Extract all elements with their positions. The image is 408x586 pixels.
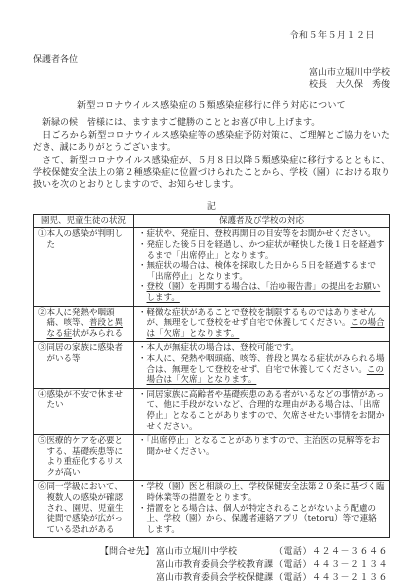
contact-phone: （電話）４４３－２１３４	[274, 559, 388, 572]
situation-cell: ⑥同一学級において、複数人の感染が確認され、園児、児童生徒間で感染が広がっている…	[34, 481, 134, 538]
situation-text: ③同居の家族に感染者がいる等	[38, 343, 129, 364]
bullet-item: ・軽微な症状があることで登校を制限するものではありませんが、無理をして登校をせず…	[138, 308, 385, 340]
contact-org: 富山市立堀川中学校	[156, 546, 274, 559]
contact-list: 富山市立堀川中学校 （電話）４２４－３６４６ 富山市教育委員会学校教育課 （電話…	[156, 546, 388, 585]
situation-text: ⑥同一学級において、複数人の感染が確認され、園児、児童生徒間で感染が広がっている…	[38, 482, 129, 535]
situation-text: ⑤医療的ケアを必要とする、基礎疾患等により重症化するリスクが高い	[38, 436, 129, 478]
table-header-row: 園児、児童生徒の状況 保護者及び学校の対応	[34, 214, 390, 228]
bullet-dot: ・	[138, 390, 147, 400]
contact-phone: （電話）４４３－２１３６	[274, 572, 388, 585]
bullet-dot: ・	[138, 436, 147, 446]
bullet-dot: ・	[138, 261, 147, 271]
sender-school: 富山市立堀川中学校	[33, 68, 390, 80]
response-cell: ・本人が無症状の場合は、登校可能です。 ・本人に、発熱や咽頭痛、咳等、普段と異な…	[134, 342, 390, 388]
table-row-2: ②本人に発熱や咽頭痛、咳等、普段と異なる症状がみられる ・軽微な症状があることで…	[34, 306, 390, 342]
underlined-text: 登校（園）を再開する場合は、「治ゆ報告書」の提出をお願いします。	[147, 282, 381, 303]
response-cell: ・症状や、発症日、登校再開日の目安等をお聞かせください。 ・発症した後５日を経過…	[134, 228, 390, 306]
bullet-item: ・無症状の場合は、検体を採取した日から５日を経過するまで「出席停止」となります。	[138, 261, 385, 282]
record-mark: 記	[33, 199, 390, 212]
bullet-item: ・同居家族に高齢者や基礎疾患のある者がいるなどの事情があって、他に手段がないなど…	[138, 390, 385, 432]
document-page: 令和５年５月１２日 保護者各位 富山市立堀川中学校 校長 大久保 秀俊 新型コロ…	[0, 0, 408, 586]
table-row-4: ④感染が不安で休ませたい ・同居家族に高齢者や基礎疾患のある者がいるなどの事情が…	[34, 388, 390, 434]
bullet-item: ・発症した後５日を経過し、かつ症状が軽快した後１日を経過するまで「出席停止」とな…	[138, 240, 385, 261]
situation-cell: ④感染が不安で休ませたい	[34, 388, 134, 434]
bullet-dot: ・	[138, 482, 147, 492]
contact-section: 【問合せ先】 富山市立堀川中学校 （電話）４２４－３６４６ 富山市教育委員会学校…	[100, 546, 390, 585]
bullet-item: ・「出席停止」となることがありますので、主治医の見解等をお聞かせください。	[138, 436, 385, 457]
table-row-5: ⑤医療的ケアを必要とする、基礎疾患等により重症化するリスクが高い ・「出席停止」…	[34, 435, 390, 481]
paragraph-thanks: 日ごろから新型コロナウイルス感染症等の感染症予防対策に、ご理解とご協力をいただき…	[33, 130, 390, 155]
header-response: 保護者及び学校の対応	[134, 214, 390, 228]
bullet-item: ・登校（園）を再開する場合は、「治ゆ報告書」の提出をお願いします。	[138, 282, 385, 303]
situation-text: ④感染が不安で休ませたい	[38, 390, 129, 411]
table-row-1: ①本人の感染が判明した ・症状や、発症日、登校再開日の目安等をお聞かせください。…	[34, 228, 390, 306]
situation-cell: ⑤医療的ケアを必要とする、基礎疾患等により重症化するリスクが高い	[34, 435, 134, 481]
bullet-item: ・本人に、発熱や咽頭痛、咳等、普段と異なる症状がみられる場合は、無理をして登校を…	[138, 354, 385, 386]
situation-cell: ①本人の感染が判明した	[34, 228, 134, 306]
paragraph-announcement: さて、新型コロナウイルス感染症が、５月８日以降５類感染症に移行するとともに、学校…	[33, 155, 390, 192]
situation-text: ②本人に発熱や咽頭痛、咳等、普段と異なる症状がみられる	[38, 308, 129, 340]
header-situation: 園児、児童生徒の状況	[34, 214, 134, 228]
table-row-3: ③同居の家族に感染者がいる等 ・本人が無症状の場合は、登校可能です。 ・本人に、…	[34, 342, 390, 388]
bullet-dot: ・	[138, 504, 147, 514]
contact-row: 富山市教育委員会学校保健課 （電話）４４３－２１３６	[156, 572, 388, 585]
bullet-dot: ・	[138, 343, 147, 353]
bullet-item: ・本人が無症状の場合は、登校可能です。	[138, 343, 385, 354]
contact-org: 富山市教育委員会学校教育課	[156, 559, 274, 572]
response-cell: ・軽微な症状があることで登校を制限するものではありませんが、無理をして登校をせず…	[134, 306, 390, 342]
bullet-item: ・症状や、発症日、登校再開日の目安等をお聞かせください。	[138, 229, 385, 240]
bullet-dot: ・	[138, 282, 147, 292]
bullet-item: ・学校（園）医と相談の上、学校保健安全法第２０条に基づく臨時休業等の措置をとりま…	[138, 482, 385, 503]
paragraph-greeting: 新緑の候 皆様には、ますますご健勝のこととお喜び申し上げます。	[33, 117, 390, 129]
contact-row: 富山市立堀川中学校 （電話）４２４－３６４６	[156, 546, 388, 559]
sender-block: 富山市立堀川中学校 校長 大久保 秀俊	[33, 68, 390, 91]
response-cell: ・同居家族に高齢者や基礎疾患のある者がいるなどの事情があって、他に手段がないなど…	[134, 388, 390, 434]
situation-text: ①本人の感染が判明した	[38, 229, 129, 250]
response-cell: ・学校（園）医と相談の上、学校保健安全法第２０条に基づく臨時休業等の措置をとりま…	[134, 481, 390, 538]
body-text: 新緑の候 皆様には、ますますご健勝のこととお喜び申し上げます。 日ごろから新型コ…	[33, 117, 390, 191]
response-cell: ・「出席停止」となることがありますので、主治医の見解等をお聞かせください。	[134, 435, 390, 481]
bullet-dot: ・	[138, 240, 147, 250]
situation-cell: ③同居の家族に感染者がいる等	[34, 342, 134, 388]
document-title: 新型コロナウイルス感染症の５類感染症移行に伴う対応について	[33, 98, 390, 111]
recipient: 保護者各位	[33, 52, 390, 65]
document-date: 令和５年５月１２日	[33, 28, 390, 41]
contact-phone: （電話）４２４－３６４６	[274, 546, 388, 559]
response-table: 園児、児童生徒の状況 保護者及び学校の対応 ①本人の感染が判明した ・症状や、発…	[33, 214, 390, 539]
table-row-6: ⑥同一学級において、複数人の感染が確認され、園児、児童生徒間で感染が広がっている…	[34, 481, 390, 538]
contact-row: 富山市教育委員会学校教育課 （電話）４４３－２１３４	[156, 559, 388, 572]
sender-principal: 校長 大久保 秀俊	[33, 80, 390, 92]
bullet-item: ・措置をとる場合は、個人が特定されることがないよう配慮の上、学校（園）から、保護…	[138, 504, 385, 536]
contact-org: 富山市教育委員会学校保健課	[156, 572, 274, 585]
bullet-dot: ・	[138, 354, 147, 364]
bullet-dot: ・	[138, 229, 147, 239]
contact-label: 【問合せ先】	[100, 546, 154, 585]
situation-cell: ②本人に発熱や咽頭痛、咳等、普段と異なる症状がみられる	[34, 306, 134, 342]
bullet-dot: ・	[138, 308, 147, 318]
